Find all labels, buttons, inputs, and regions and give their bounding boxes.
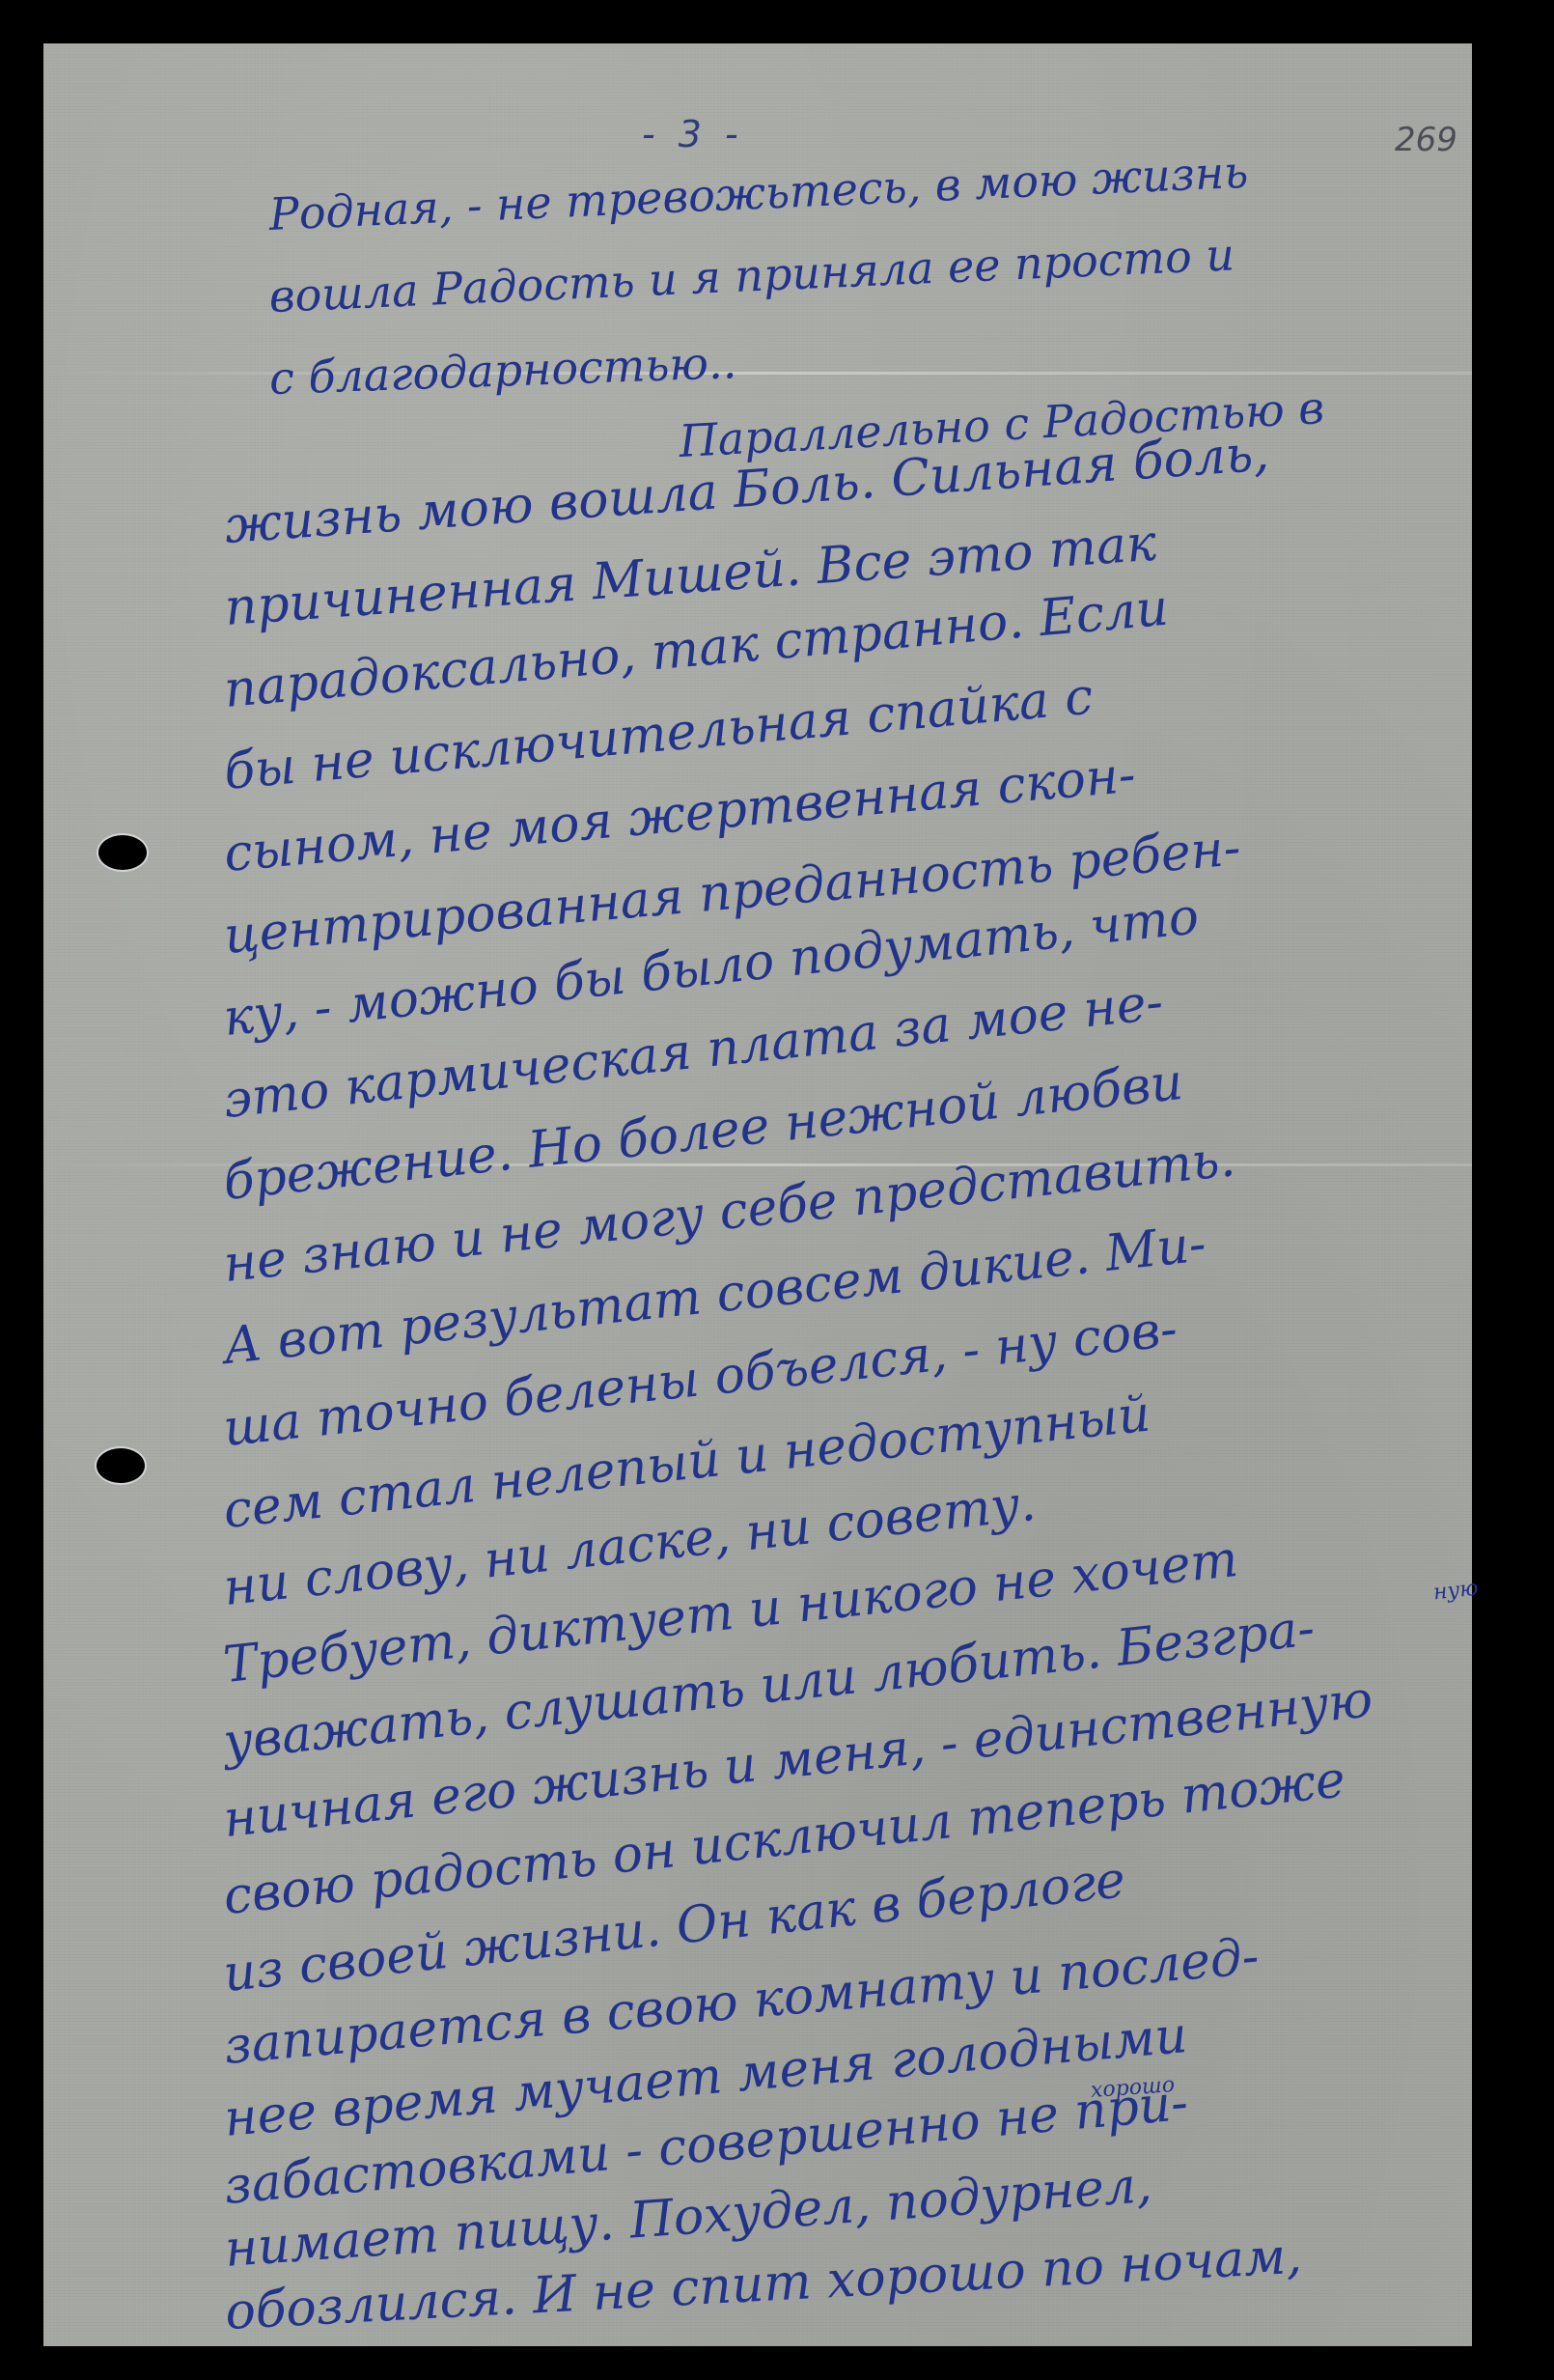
paper-fold-line — [43, 372, 1472, 375]
punch-hole — [97, 1448, 145, 1483]
page-number: - 3 - — [642, 113, 744, 155]
letter-page: - 3 - 269 Родная, - не тревожьтесь, в мо… — [43, 43, 1472, 2346]
punch-hole — [98, 835, 147, 870]
handwritten-line: вошла Радость и я приняла ее просто и — [268, 228, 1235, 322]
margin-continuation: ную — [1432, 1577, 1480, 1606]
handwritten-line: Родная, - не тревожьтесь, в мою жизнь — [268, 146, 1250, 240]
archive-folio-number: 269 — [1395, 121, 1457, 159]
handwritten-line: с благодарностью.. — [268, 336, 737, 405]
